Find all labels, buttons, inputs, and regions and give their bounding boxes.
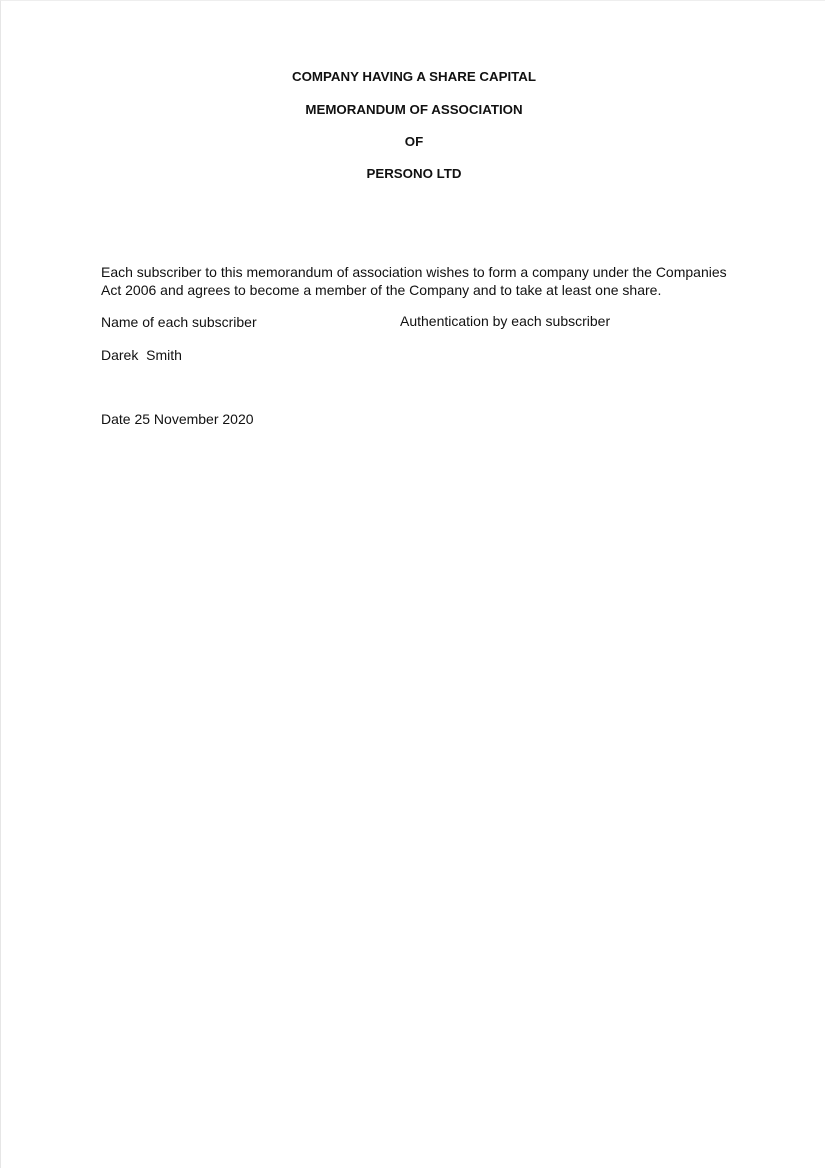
heading-of: OF: [1, 134, 826, 149]
heading-company-name: PERSONO LTD: [1, 166, 826, 181]
column-header-name: Name of each subscriber: [101, 313, 257, 331]
document-page: COMPANY HAVING A SHARE CAPITAL MEMORANDU…: [0, 0, 825, 1168]
heading-company-type: COMPANY HAVING A SHARE CAPITAL: [1, 69, 826, 84]
column-header-authentication: Authentication by each subscriber: [400, 313, 610, 329]
intro-paragraph-line2: Act 2006 and agrees to become a member o…: [101, 281, 661, 299]
signature-date: Date 25 November 2020: [101, 410, 254, 428]
heading-memorandum: MEMORANDUM OF ASSOCIATION: [1, 102, 826, 117]
intro-paragraph-line1: Each subscriber to this memorandum of as…: [101, 263, 727, 281]
subscriber-name: Darek Smith: [101, 346, 182, 364]
